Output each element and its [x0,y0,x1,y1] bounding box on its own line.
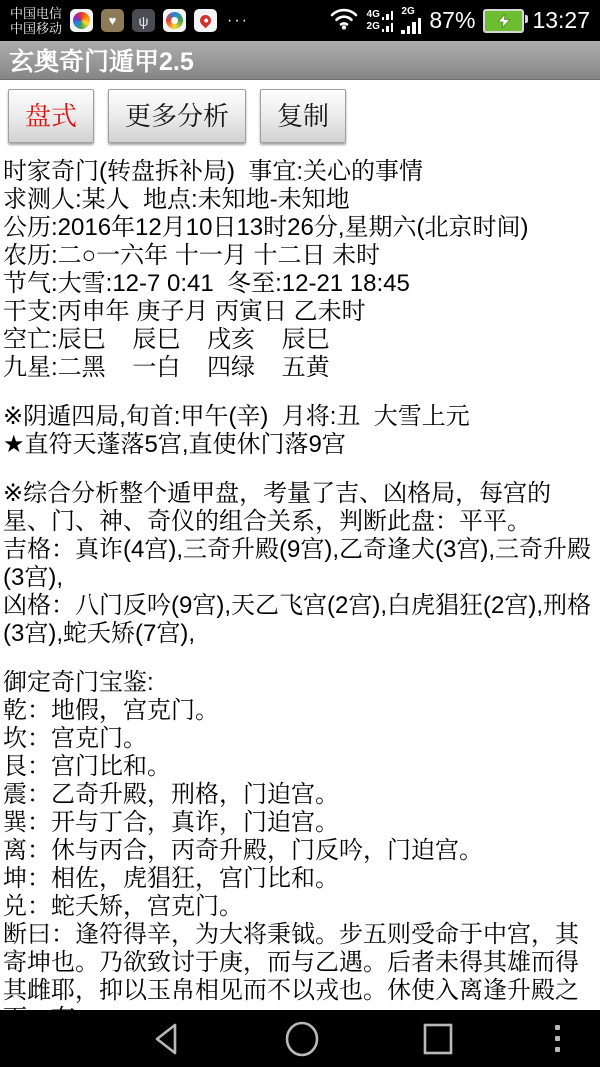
text-line [3,459,597,480]
carrier-names: 中国电信 中国移动 [10,6,62,36]
text-line: 农历:二○一六年 十一月 十二日 未时 [3,242,597,270]
map-pin-icon [194,9,217,32]
text-line: 空亡:辰巳 辰巳 戌亥 辰巳 [3,326,597,354]
recents-square-icon [421,1022,455,1056]
recents-button[interactable] [398,1010,478,1067]
home-button[interactable] [262,1010,342,1067]
text-line: 凶格：八门反吟(9宫),天乙飞宫(2宫),白虎猖狂(2宫),刑格(3宫),蛇夭矫… [3,592,597,648]
text-line: 坎：宫克门。 [3,725,597,753]
text-line: 节气:大雪:12-7 0:41 冬至:12-21 18:45 [3,270,597,298]
app-store-icon [163,9,186,32]
wifi-icon [329,7,359,35]
text-line: 兑：蛇夭矫，宫克门。 [3,893,597,921]
text-line: 巽：开与丁合，真诈，门迫宫。 [3,809,597,837]
text-line: 九星:二黑 一白 四绿 五黄 [3,354,597,382]
text-line [3,382,597,403]
back-button[interactable] [129,1010,209,1067]
text-line: 公历:2016年12月10日13时26分,星期六(北京时间) [3,214,597,242]
text-line: 干支:丙申年 庚子月 丙寅日 乙未时 [3,298,597,326]
text-line: 时家奇门(转盘拆补局) 事宜:关心的事情 [3,158,597,186]
title-bar: 玄奥奇门遁甲2.5 [0,41,600,80]
text-line: 艮：宫门比和。 [3,753,597,781]
more-notifications-icon: ··· [227,12,249,30]
text-line: ※阴遁四局,旬首:甲午(辛) 月将:丑 大雪上元 [3,403,597,431]
pinwheel-app-icon [70,9,93,32]
back-triangle-icon [152,1022,186,1056]
pan-shi-button[interactable]: 盘式 [8,89,94,143]
battery-percent: 87% [429,7,475,34]
copy-button[interactable]: 复制 [260,89,346,143]
android-nav-bar [0,1010,600,1067]
app-title: 玄奥奇门遁甲2.5 [9,42,194,78]
battery-charging-icon [483,9,524,33]
clock: 13:27 [532,7,590,34]
menu-dots-icon [555,1025,560,1052]
text-line: ★直符天蓬落5宫,直使休门落9宫 [3,431,597,459]
text-line [3,648,597,669]
text-line: 吉格：真诈(4宫),三奇升殿(9宫),乙奇逢犬(3宫),三奇升殿(3宫), [3,536,597,592]
text-line: 乾：地假，宫克门。 [3,697,597,725]
usb-icon: ψ [132,9,155,32]
menu-button[interactable] [517,1010,597,1067]
home-circle-icon [283,1020,321,1058]
status-bar: 中国电信 中国移动 ♥ ψ ··· [0,0,600,41]
text-line: 坤：相佐，虎猖狂，宫门比和。 [3,865,597,893]
health-heart-icon: ♥ [101,9,124,32]
text-line: 离：休与丙合，丙奇升殿，门反吟，门迫宫。 [3,837,597,865]
text-line: ※综合分析整个遁甲盘，考量了吉、凶格局，每宫的星、门、神、奇仪的组合关系，判断此… [3,480,597,536]
toolbar: 盘式 更多分析 复制 [0,80,600,150]
signal-sim2-icon: 2G [401,7,421,34]
body-text[interactable]: 时家奇门(转盘拆补局) 事宜:关心的事情求测人:某人 地点:未知地-未知地公历:… [0,150,600,1033]
text-line: 震：乙奇升殿，刑格，门迫宫。 [3,781,597,809]
more-analysis-button[interactable]: 更多分析 [108,89,246,143]
screen: 中国电信 中国移动 ♥ ψ ··· [0,0,600,1067]
text-line: 求测人:某人 地点:未知地-未知地 [3,186,597,214]
signal-sim1-icon: 4G 2G [367,10,394,32]
text-line: 御定奇门宝鉴: [3,669,597,697]
